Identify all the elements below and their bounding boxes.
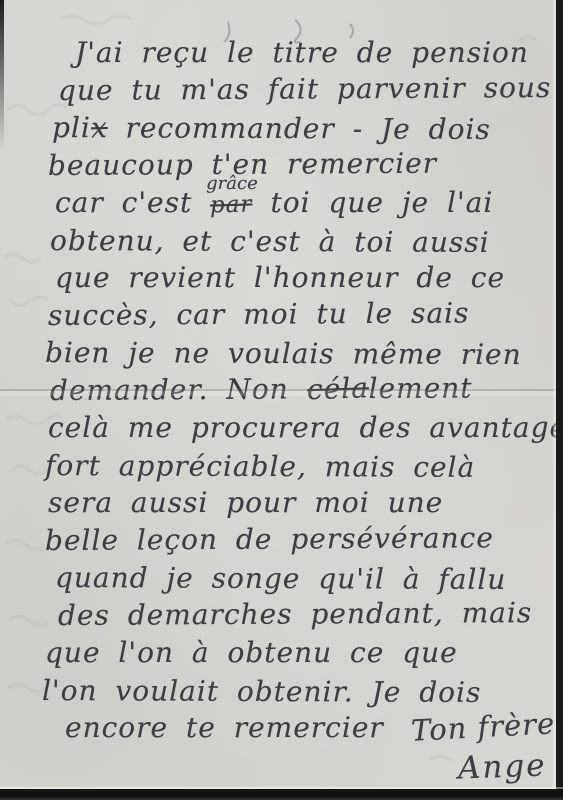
handwritten-text: l'on voulait obtenir. Je dois: [42, 674, 482, 709]
letter-lines: J'ai reçu le titre de pensionque tu m'as…: [0, 0, 563, 747]
handwritten-text: toi que je l'ai: [253, 186, 494, 219]
handwritten-text: celà me procurera des avantages: [48, 411, 563, 444]
letter-line: l'on voulait obtenir. Je dois: [42, 672, 563, 712]
scan-edge-top-left: [0, 0, 4, 150]
letter-line: plix recommander - Je dois: [52, 109, 563, 149]
handwritten-text: pli: [52, 111, 91, 144]
letter-line: J'ai reçu le titre de pension: [75, 34, 563, 72]
letter-line: que tu m'as fait parvenir sous: [58, 68, 563, 109]
handwritten-text: fort appréciable, mais celà: [45, 449, 475, 484]
signature-text: Ange: [458, 747, 548, 786]
struck-word: x: [90, 109, 108, 147]
letter-line: celà me procurera des avantages: [48, 409, 563, 447]
handwritten-text: des demarches pendant, mais: [58, 596, 532, 632]
handwritten-text: bien je ne voulais même rien: [45, 336, 522, 371]
handwritten-text: que tu m'as fait parvenir sous: [58, 70, 551, 106]
handwritten-text: car c'est: [55, 186, 210, 219]
letter-line: des demarches pendant, mais: [58, 593, 563, 634]
handwritten-text: belle leçon de persévérance: [45, 521, 494, 557]
letter-line: que revient l'honneur de ce: [55, 259, 563, 297]
letter-line: beaucoup t'en remercier: [48, 143, 563, 184]
handwritten-text: recommander - Je dois: [108, 111, 491, 146]
letter-line: que l'on à obtenu ce que: [45, 634, 563, 672]
letter-line: succès, car moi tu le sais: [48, 293, 563, 334]
letter-line: fort appréciable, mais celà: [45, 447, 563, 487]
scanned-letter-page: J'ai reçu le titre de pensionque tu m'as…: [0, 0, 563, 800]
handwritten-text: sera aussi pour moi une: [48, 486, 443, 519]
handwritten-text: encore te remercier: [65, 711, 384, 744]
scan-edge-right: [556, 0, 563, 800]
handwritten-text: obtenu, et c'est à toi aussi: [50, 224, 490, 259]
struck-word: par: [210, 186, 253, 225]
fold-crease-highlight: [0, 391, 563, 396]
handwritten-text: que revient l'honneur de ce: [55, 261, 505, 294]
handwritten-text: quand je songe qu'il à fallu: [55, 561, 507, 596]
correction: grâcepar: [210, 184, 252, 225]
letter-line: quand je songe qu'il à fallu: [55, 559, 563, 599]
handwritten-text: J'ai reçu le titre de pension: [75, 36, 529, 69]
letter-line: belle leçon de persévérance: [45, 518, 563, 559]
letter-line: obtenu, et c'est à toi aussi: [50, 222, 563, 262]
letter-line: sera aussi pour moi une: [48, 484, 563, 522]
handwritten-text: que l'on à obtenu ce que: [45, 636, 458, 669]
scan-edge-bottom: [0, 789, 563, 800]
handwritten-text: lement: [368, 371, 472, 405]
letter-line: car c'est grâcepar toi que je l'ai: [55, 184, 563, 222]
letter-line: bien je ne voulais même rien: [45, 334, 563, 374]
handwritten-text: succès, car moi tu le sais: [48, 296, 470, 332]
